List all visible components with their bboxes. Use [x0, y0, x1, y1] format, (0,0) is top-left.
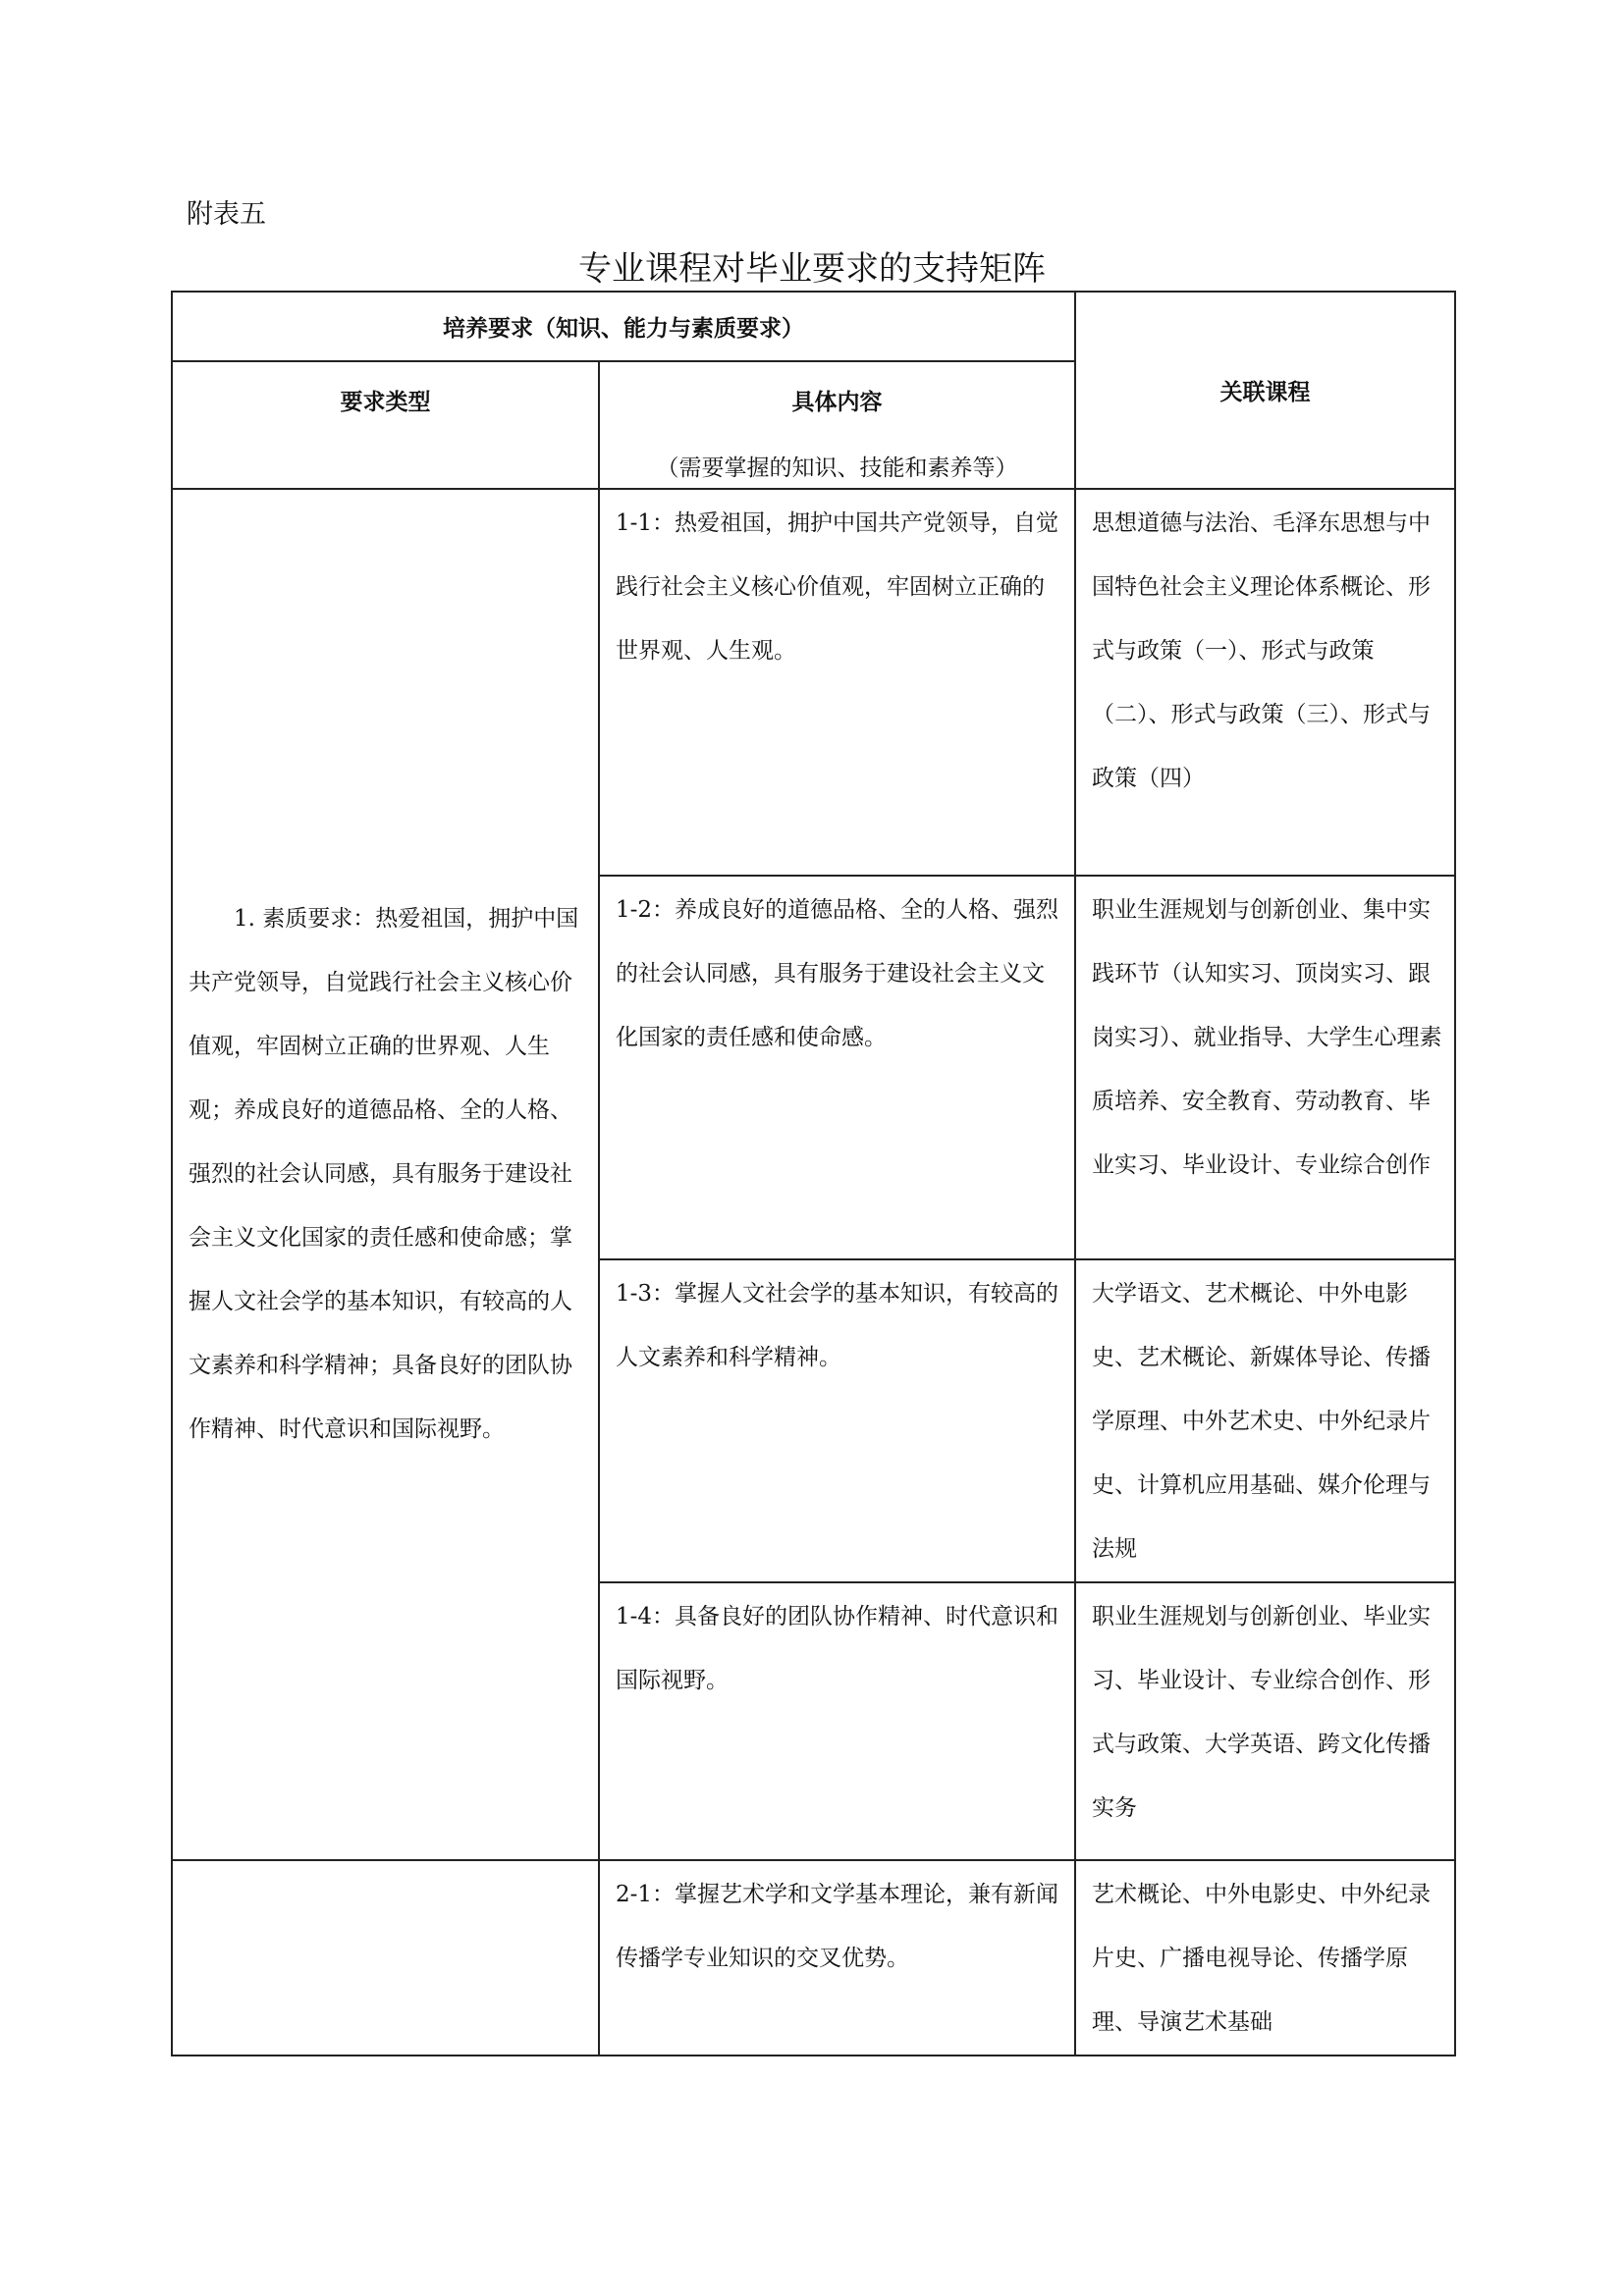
support-matrix-table: 培养要求（知识、能力与素质要求） 关联课程 要求类型 具体内容 （需要掌握的知识…	[171, 291, 1456, 2056]
header-row-top: 培养要求（知识、能力与素质要求） 关联课程	[172, 292, 1455, 361]
content-text: 2-1：掌握艺术学和文学基本理论，兼有新闻传播学专业知识的交叉优势。	[600, 1861, 1074, 1991]
content-cell: 2-1：掌握艺术学和文学基本理论，兼有新闻传播学专业知识的交叉优势。	[599, 1860, 1075, 2056]
content-cell: 1-4：具备良好的团队协作精神、时代意识和国际视野。	[599, 1582, 1075, 1860]
document-title: 专业课程对毕业要求的支持矩阵	[0, 249, 1624, 289]
content-text: 1-3：掌握人文社会学的基本知识，有较高的人文素养和科学精神。	[600, 1260, 1074, 1390]
requirement-type-cell	[172, 1860, 599, 2056]
content-cell: 1-2：养成良好的道德品格、全的人格、强烈的社会认同感，具有服务于建设社会主义文…	[599, 876, 1075, 1259]
courses-text: 艺术概论、中外电影史、中外纪录片史、广播电视导论、传播学原理、导演艺术基础	[1076, 1861, 1454, 2055]
table-row: 1. 素质要求：热爱祖国，拥护中国共产党领导，自觉践行社会主义核心价值观，牢固树…	[172, 489, 1455, 876]
header-related-courses: 关联课程	[1075, 292, 1455, 489]
header-specific-content: 具体内容 （需要掌握的知识、技能和素养等）	[599, 361, 1075, 489]
courses-text: 大学语文、艺术概论、中外电影史、艺术概论、新媒体导论、传播学原理、中外艺术史、中…	[1076, 1260, 1454, 1581]
courses-text: 职业生涯规划与创新创业、集中实践环节（认知实习、顶岗实习、跟岗实习）、就业指导、…	[1076, 877, 1454, 1198]
courses-cell: 职业生涯规划与创新创业、集中实践环节（认知实习、顶岗实习、跟岗实习）、就业指导、…	[1075, 876, 1455, 1259]
content-text: 1-4：具备良好的团队协作精神、时代意识和国际视野。	[600, 1583, 1074, 1713]
courses-cell: 大学语文、艺术概论、中外电影史、艺术概论、新媒体导论、传播学原理、中外艺术史、中…	[1075, 1259, 1455, 1582]
courses-cell: 艺术概论、中外电影史、中外纪录片史、广播电视导论、传播学原理、导演艺术基础	[1075, 1860, 1455, 2056]
header-requirements-group: 培养要求（知识、能力与素质要求）	[172, 292, 1075, 361]
courses-cell: 思想道德与法治、毛泽东思想与中国特色社会主义理论体系概论、形式与政策（一）、形式…	[1075, 489, 1455, 876]
content-text: 1-1：热爱祖国，拥护中国共产党领导，自觉践行社会主义核心价值观，牢固树立正确的…	[600, 490, 1074, 683]
courses-cell: 职业生涯规划与创新创业、毕业实习、毕业设计、专业综合创作、形式与政策、大学英语、…	[1075, 1582, 1455, 1860]
requirement-type-cell: 1. 素质要求：热爱祖国，拥护中国共产党领导，自觉践行社会主义核心价值观，牢固树…	[172, 489, 599, 1860]
content-text: 1-2：养成良好的道德品格、全的人格、强烈的社会认同感，具有服务于建设社会主义文…	[600, 877, 1074, 1070]
content-cell: 1-3：掌握人文社会学的基本知识，有较高的人文素养和科学精神。	[599, 1259, 1075, 1582]
courses-text: 思想道德与法治、毛泽东思想与中国特色社会主义理论体系概论、形式与政策（一）、形式…	[1076, 490, 1454, 811]
table-row: 2-1：掌握艺术学和文学基本理论，兼有新闻传播学专业知识的交叉优势。 艺术概论、…	[172, 1860, 1455, 2056]
content-cell: 1-1：热爱祖国，拥护中国共产党领导，自觉践行社会主义核心价值观，牢固树立正确的…	[599, 489, 1075, 876]
header-requirement-type-label: 要求类型	[173, 362, 598, 416]
appendix-label: 附表五	[187, 199, 266, 231]
requirement-type-text: 1. 素质要求：热爱祖国，拥护中国共产党领导，自觉践行社会主义核心价值观，牢固树…	[173, 887, 598, 1462]
header-specific-content-label: 具体内容	[600, 362, 1074, 416]
header-requirement-type: 要求类型	[172, 361, 599, 489]
courses-text: 职业生涯规划与创新创业、毕业实习、毕业设计、专业综合创作、形式与政策、大学英语、…	[1076, 1583, 1454, 1841]
header-specific-content-note: （需要掌握的知识、技能和素养等）	[600, 450, 1074, 482]
